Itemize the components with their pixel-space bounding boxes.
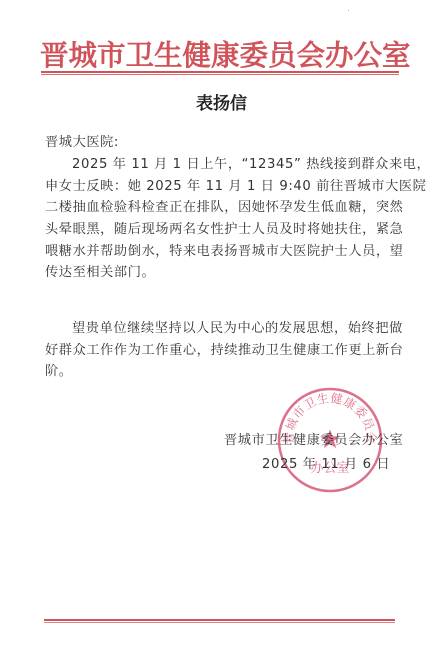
paragraph-line: 阶。	[45, 361, 397, 383]
signature-date: 2025 年 11 月 6 日	[262, 453, 390, 472]
salutation: 晋城大医院:	[45, 132, 397, 154]
footer-rule	[44, 619, 395, 621]
scan-speck	[423, 179, 425, 181]
scan-speck	[348, 10, 349, 11]
salutation-text: 晋城大医院:	[45, 132, 397, 154]
header-rule-thin	[41, 74, 399, 75]
paragraph-line: 二楼抽血检验科检查正在排队，因她怀孕发生低血糖，突然	[45, 197, 397, 219]
signature-organization: 晋城市卫生健康委员会办公室	[224, 429, 403, 448]
paragraph-line: 头晕眼黑，随后现场两名女性护士人员及时将她扶住，紧急	[45, 219, 397, 241]
paragraph-line: 好群众工作作为工作重心，持续推动卫生健康工作更上新台	[45, 340, 397, 362]
paragraph-line: 喂糖水并帮助倒水，特来电表扬晋城市大医院护士人员，望	[45, 241, 397, 263]
document-title: 表扬信	[0, 89, 443, 114]
paragraph-line: 申女士反映：她 2025 年 11 月 1 日 9:40 前往晋城市大医院	[45, 176, 397, 198]
paragraph-line: 望贵单位继续坚持以人民为中心的发展思想，始终把做	[45, 318, 397, 340]
paragraph-1: 2025 年 11 月 1 日上午，“12345” 热线接到群众来电， 申女士反…	[45, 154, 397, 284]
document-page: 晋城市卫生健康委员会办公室 表扬信 晋城大医院: 2025 年 11 月 1 日…	[0, 0, 443, 667]
org-header: 晋城市卫生健康委员会办公室	[40, 33, 400, 74]
header-rule	[41, 71, 399, 73]
footer-rule-thin	[44, 622, 395, 623]
paragraph-line: 2025 年 11 月 1 日上午，“12345” 热线接到群众来电，	[45, 154, 397, 176]
paragraph-line: 传达至相关部门。	[45, 262, 397, 284]
paragraph-2: 望贵单位继续坚持以人民为中心的发展思想，始终把做 好群众工作作为工作重心，持续推…	[45, 318, 397, 383]
